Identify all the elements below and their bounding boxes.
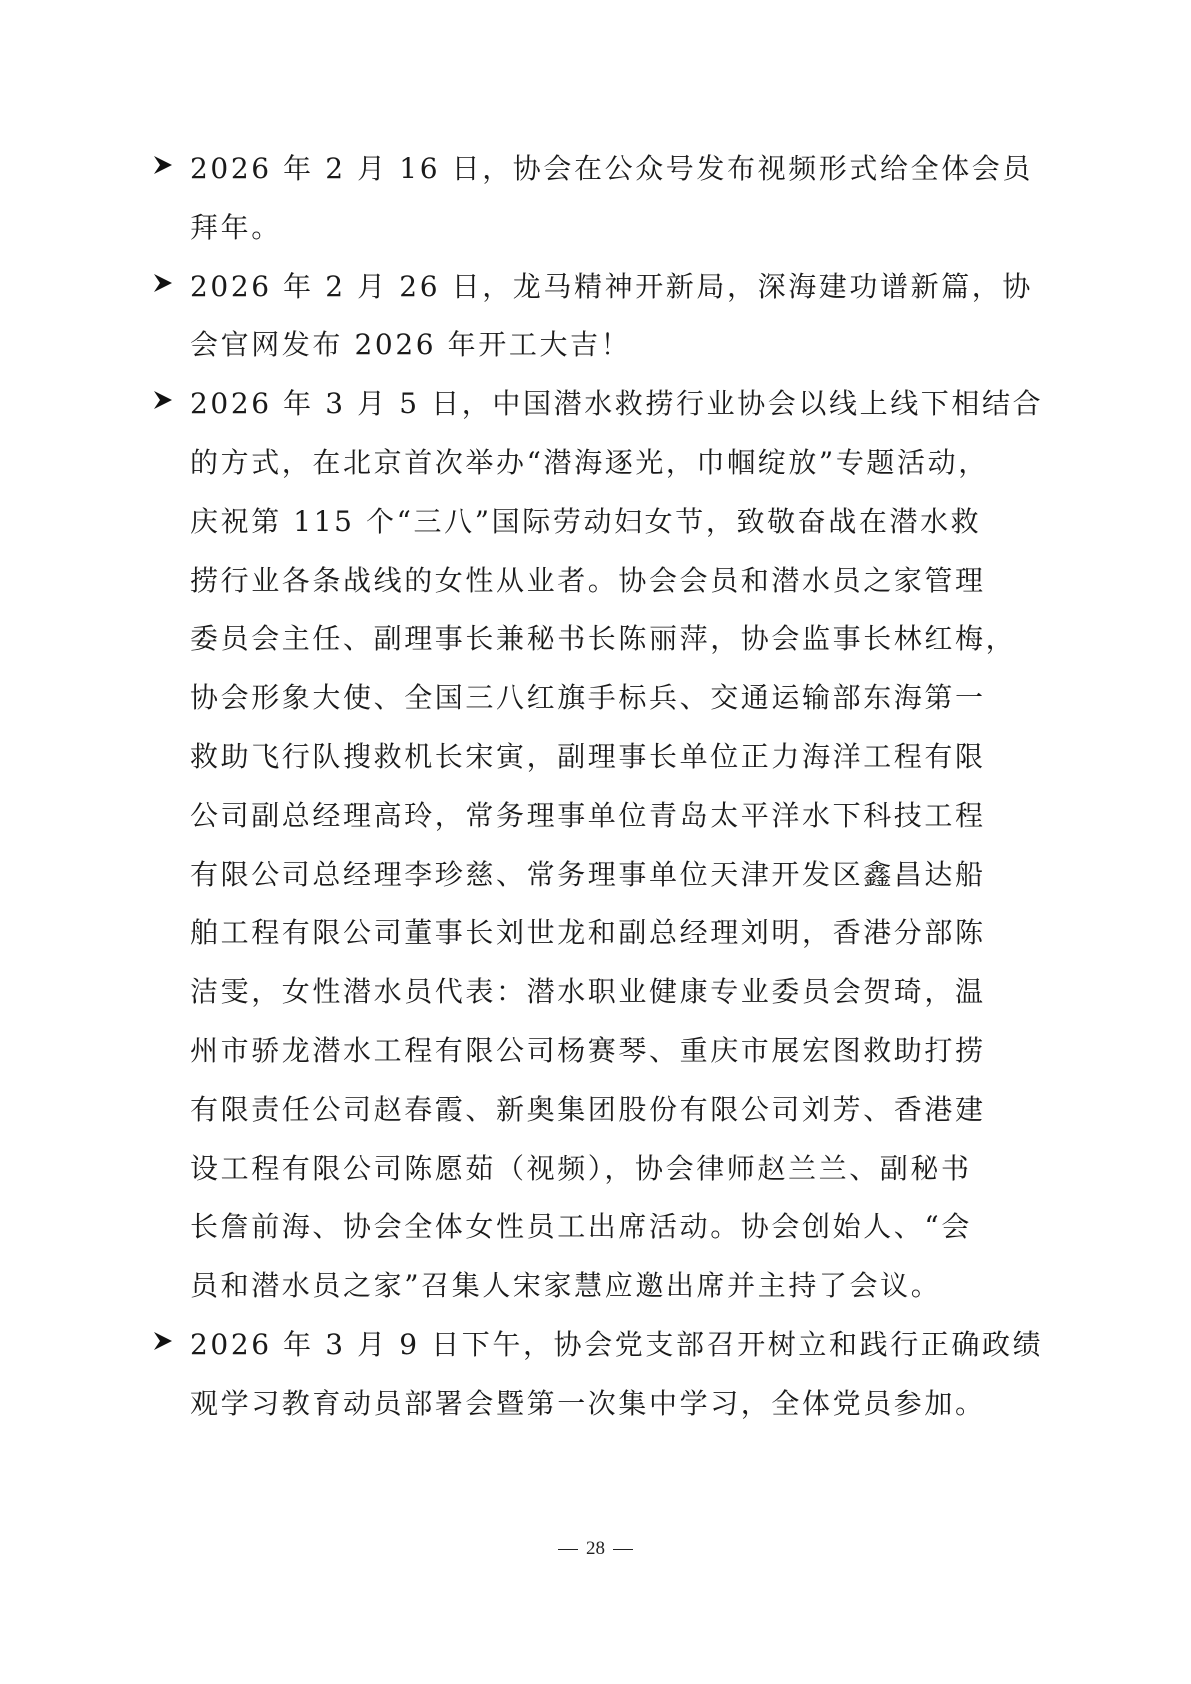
text-line: 会官网发布 2026 年开工大吉！: [190, 316, 1030, 375]
list-item: 2026 年 2 月 26 日，龙马精神开新局，深海建功谱新篇，协 会官网发布 …: [150, 258, 1030, 376]
text-line: 2026 年 2 月 26 日，龙马精神开新局，深海建功谱新篇，协: [190, 258, 1030, 317]
document-page: 2026 年 2 月 16 日，协会在公众号发布视频形式给全体会员 拜年。 20…: [0, 0, 1191, 1684]
bullet-list: 2026 年 2 月 16 日，协会在公众号发布视频形式给全体会员 拜年。 20…: [150, 140, 1030, 1434]
text-line: 拜年。: [190, 199, 1030, 258]
text-line: 观学习教育动员部署会暨第一次集中学习，全体党员参加。: [190, 1375, 1030, 1434]
text-line: 长詹前海、协会全体女性员工出席活动。协会创始人、“会: [190, 1198, 1030, 1257]
page-number-text: 28: [586, 1538, 605, 1559]
arrowhead-bullet-icon: [152, 154, 174, 176]
dash-left: [558, 1549, 578, 1551]
text-line: 员和潜水员之家”召集人宋家慧应邀出席并主持了会议。: [190, 1257, 1030, 1316]
text-line: 协会形象大使、全国三八红旗手标兵、交通运输部东海第一: [190, 669, 1030, 728]
text-line: 公司副总经理高玲，常务理事单位青岛太平洋水下科技工程: [190, 787, 1030, 846]
text-line: 委员会主任、副理事长兼秘书长陈丽萍，协会监事长林红梅，: [190, 610, 1030, 669]
text-line: 捞行业各条战线的女性从业者。协会会员和潜水员之家管理: [190, 552, 1030, 611]
text-line: 洁雯，女性潜水员代表：潜水职业健康专业委员会贺琦，温: [190, 963, 1030, 1022]
text-line: 2026 年 3 月 5 日，中国潜水救捞行业协会以线上线下相结合: [190, 375, 1030, 434]
list-item: 2026 年 3 月 9 日下午，协会党支部召开树立和践行正确政绩 观学习教育动…: [150, 1316, 1030, 1434]
arrowhead-bullet-icon: [152, 389, 174, 411]
text-line: 2026 年 3 月 9 日下午，协会党支部召开树立和践行正确政绩: [190, 1316, 1030, 1375]
text-line: 有限公司总经理李珍慈、常务理事单位天津开发区鑫昌达船: [190, 846, 1030, 905]
list-item: 2026 年 2 月 16 日，协会在公众号发布视频形式给全体会员 拜年。: [150, 140, 1030, 258]
text-line: 设工程有限公司陈愿茹（视频），协会律师赵兰兰、副秘书: [190, 1140, 1030, 1199]
page-number: 28: [0, 1538, 1191, 1560]
text-line: 舶工程有限公司董事长刘世龙和副总经理刘明，香港分部陈: [190, 904, 1030, 963]
text-line: 庆祝第 115 个“三八”国际劳动妇女节，致敬奋战在潜水救: [190, 493, 1030, 552]
dash-right: [613, 1549, 633, 1551]
text-line: 州市骄龙潜水工程有限公司杨赛琴、重庆市展宏图救助打捞: [190, 1022, 1030, 1081]
arrowhead-bullet-icon: [152, 272, 174, 294]
text-line: 2026 年 2 月 16 日，协会在公众号发布视频形式给全体会员: [190, 140, 1030, 199]
arrowhead-bullet-icon: [152, 1330, 174, 1352]
text-line: 有限责任公司赵春霞、新奥集团股份有限公司刘芳、香港建: [190, 1081, 1030, 1140]
text-line: 救助飞行队搜救机长宋寅，副理事长单位正力海洋工程有限: [190, 728, 1030, 787]
list-item: 2026 年 3 月 5 日，中国潜水救捞行业协会以线上线下相结合 的方式，在北…: [150, 375, 1030, 1316]
text-line: 的方式，在北京首次举办“潜海逐光，巾帼绽放”专题活动，: [190, 434, 1030, 493]
